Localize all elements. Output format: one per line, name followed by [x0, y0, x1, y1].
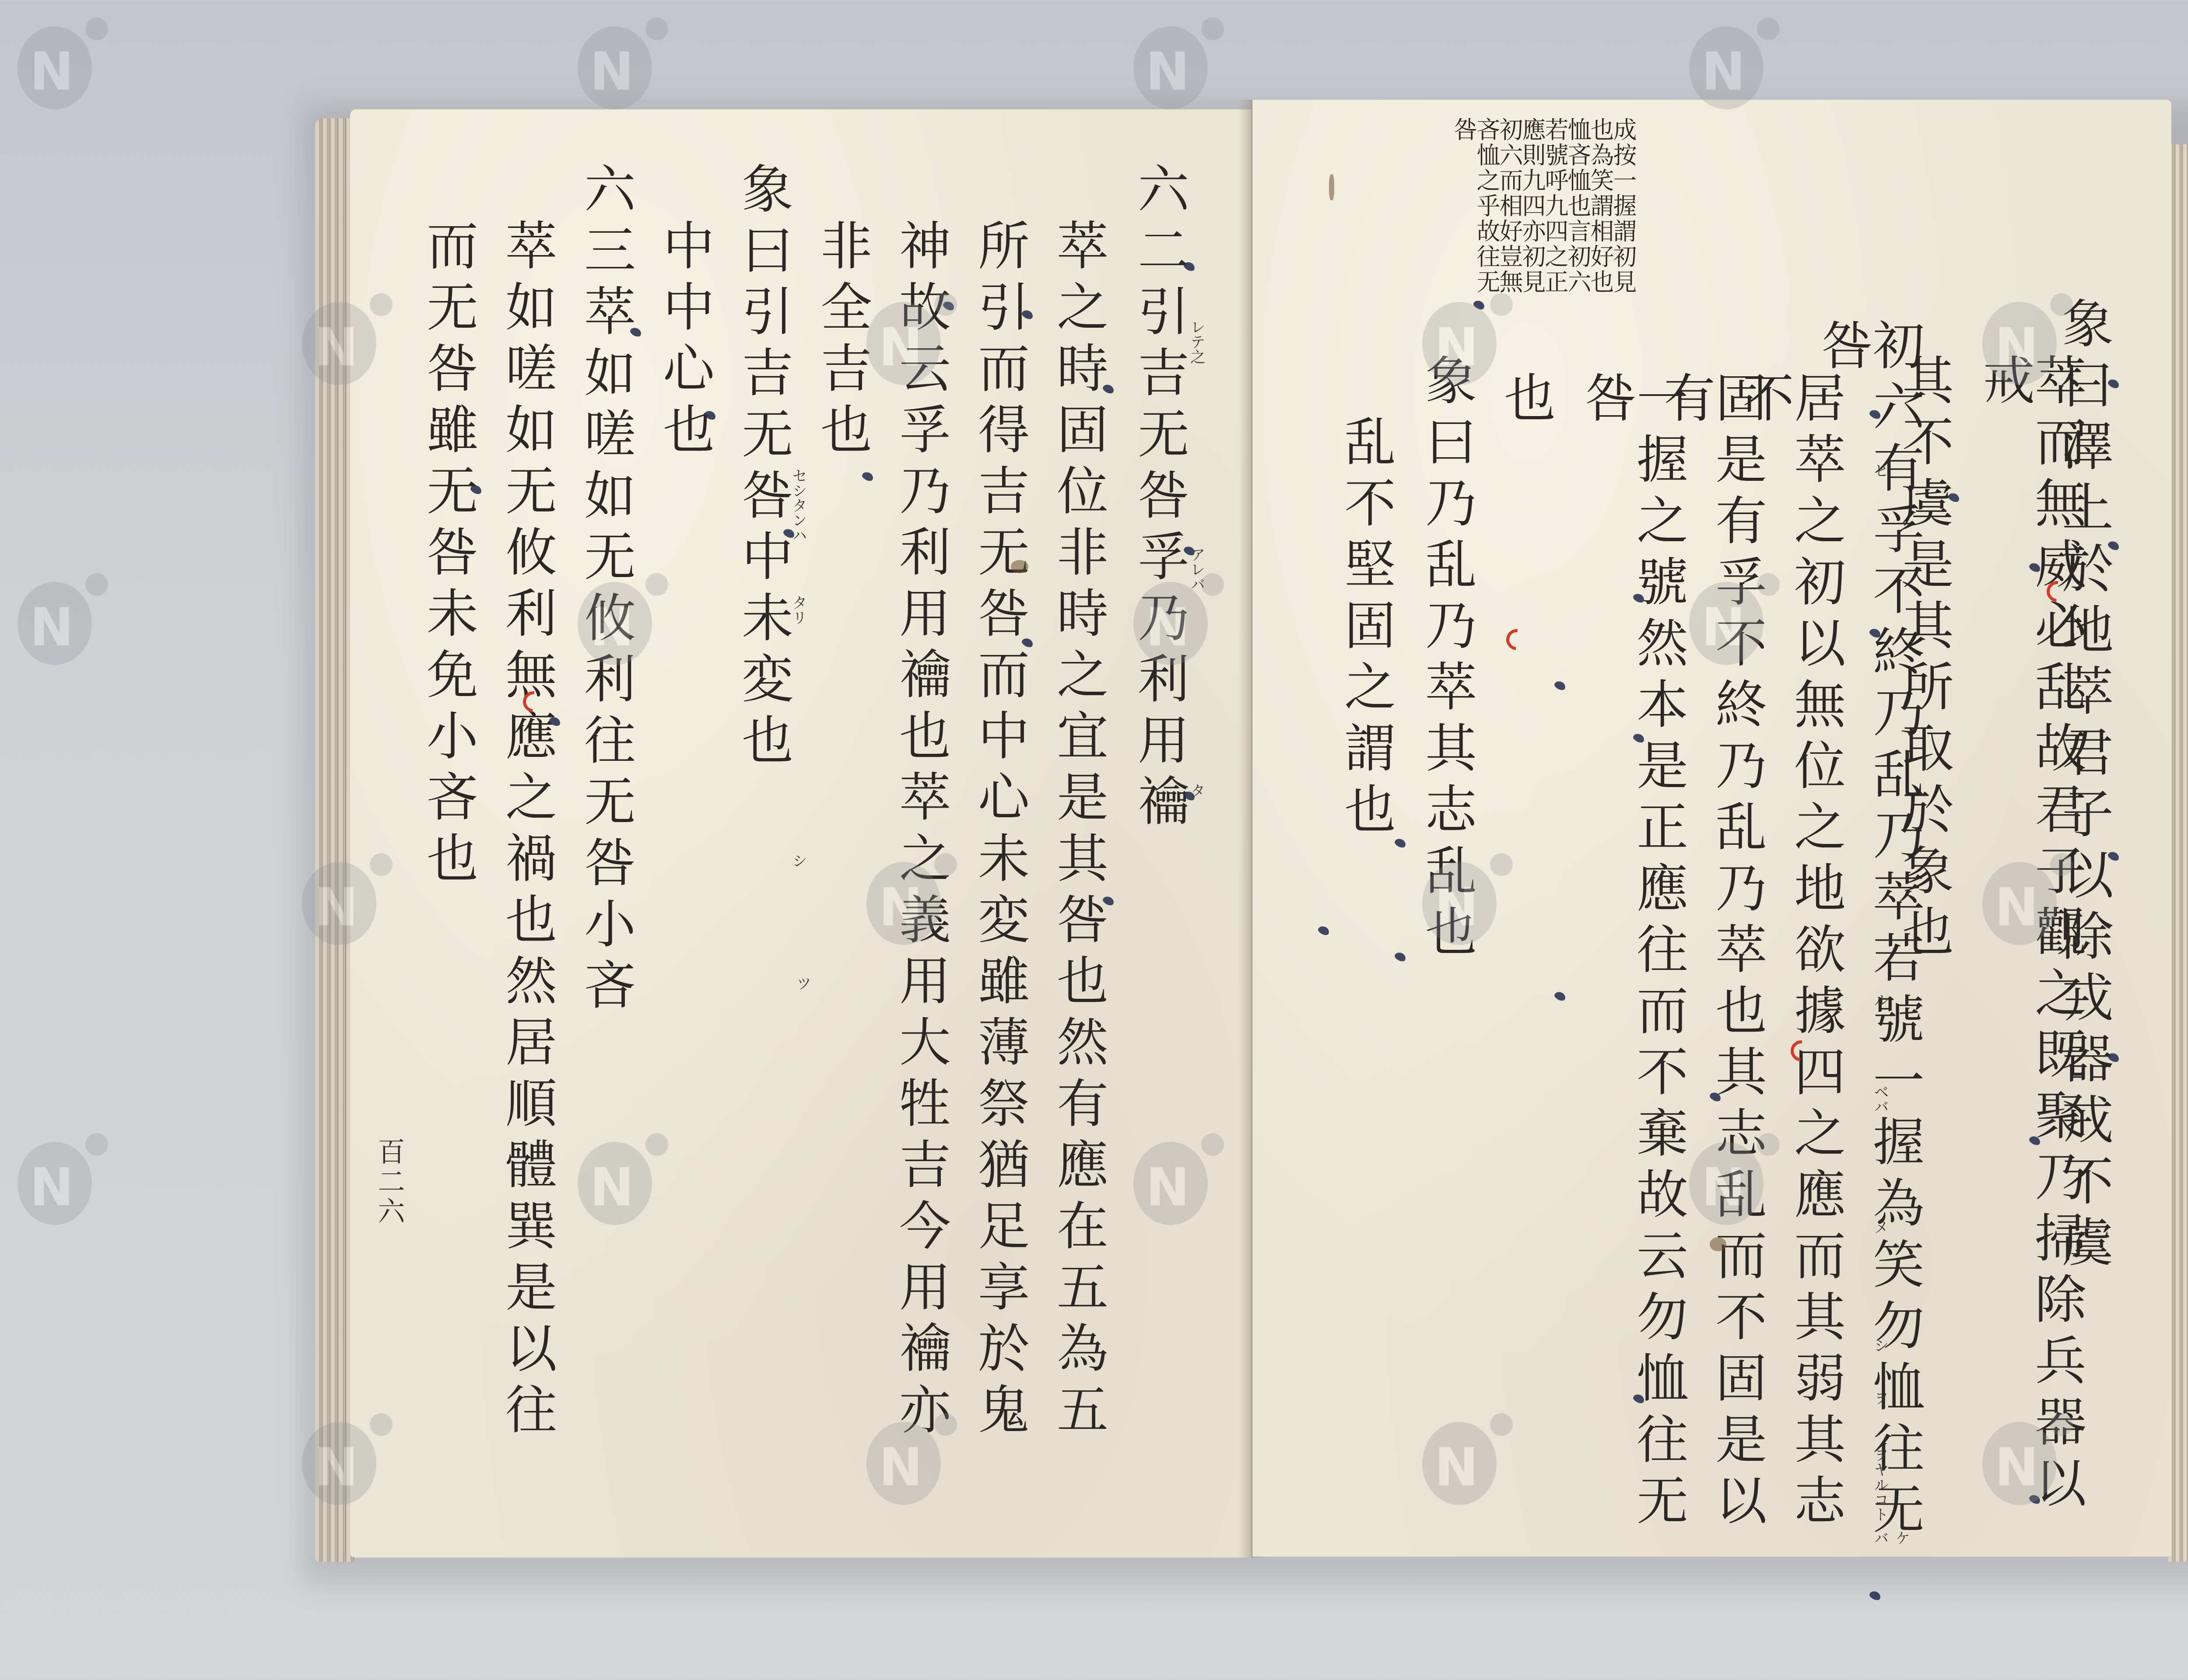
right-col-7: 一握之號然本是正應往而不棄故云勿恤往无咎 — [1581, 371, 1684, 1557]
left-col-1: 六二引吉无咎孚乃利用禴 — [1133, 162, 1185, 836]
watermark-logo: N — [1676, 9, 1781, 114]
right-col-2: 萃而無威必乱故君子觀之既聚乃掃除兵器以戒 — [1979, 353, 2082, 1557]
head-note-col-6: 初六而相好豈無 — [1497, 117, 1521, 295]
red-annotation-mark — [1502, 625, 1532, 654]
furigana-right-2: ル — [1869, 992, 1891, 1007]
left-col-3: 所引而得吉无咎而中心未変雖薄祭猶足享於鬼 — [974, 219, 1025, 1444]
page-number: 百二六 — [370, 1137, 409, 1227]
right-col-8: 也 — [1500, 371, 1551, 432]
furigana-right-6: ヲ — [1869, 1390, 1891, 1405]
furigana-left-7: ツ — [792, 976, 813, 990]
paper-stain — [1710, 1237, 1726, 1251]
left-col-4: 神故云孚乃利用禴也萃之義用大牲吉今用禴亦 — [895, 219, 947, 1444]
punctuation-mark — [1553, 679, 1567, 691]
left-col-6: 象曰引吉无咎中未変也 — [737, 162, 789, 774]
head-note-col-2: 也為笑謂相好也 — [1588, 117, 1612, 295]
left-page-stack — [315, 118, 354, 1562]
paper-stain — [1329, 174, 1334, 200]
left-col-2: 萃之時固位非時之宜是其咎也然有應在五為五 — [1052, 219, 1104, 1444]
right-col-10: 乱不堅固之謂也 — [1340, 415, 1392, 843]
right-page: 成按一握謂初見 也為笑謂相好也 恤吝恤也言初六 若號呼九四之正 應則九四亦初見 … — [1252, 100, 2171, 1557]
left-col-9: 萃如嗟如无攸利無應之禍也然居順體巽是以往 — [501, 219, 553, 1444]
furigana-right-4: メ — [1869, 1220, 1891, 1235]
furigana-right-7: ヲヤルコト — [1869, 1447, 1891, 1522]
head-note-col-8: 咎 — [1452, 117, 1476, 143]
left-col-10: 而无咎雖无咎未免小吝也 — [422, 219, 474, 892]
punctuation-mark — [1393, 951, 1407, 962]
punctuation-mark — [861, 470, 874, 482]
furigana-right-5: シ — [1869, 1338, 1891, 1353]
furigana-left-5: タリ — [788, 595, 809, 625]
head-note-col-3: 恤吝恤也言初六 — [1566, 117, 1589, 295]
punctuation-mark — [1868, 1589, 1882, 1601]
furigana-right-3: ベバ — [1869, 1084, 1891, 1114]
watermark-logo: N — [4, 564, 109, 669]
punctuation-mark — [1472, 299, 1486, 311]
watermark-logo: N — [1120, 9, 1225, 114]
punctuation-mark — [1317, 924, 1330, 936]
head-note-col-5: 應則九四亦初見 — [1520, 117, 1544, 295]
furigana-right-8: ケバ — [1869, 1530, 1912, 1557]
punctuation-mark — [1553, 990, 1567, 1002]
left-col-5: 非全吉也 — [816, 219, 868, 464]
left-col-7: 中中心也 — [659, 219, 710, 464]
watermark-logo: N — [4, 1124, 109, 1229]
furigana-left-1: レテ之 — [1186, 319, 1207, 364]
left-page: 六二引吉无咎孚乃利用禴 萃之時固位非時之宜是其咎也然有應在五為五 所引而得吉无咎… — [350, 109, 1252, 1557]
paper-stain — [1011, 560, 1028, 573]
furigana-right-1: ヒ — [1869, 463, 1891, 478]
furigana-left-6: シ — [788, 853, 809, 868]
head-note-col-7: 吝恤之乎故往无 — [1475, 117, 1498, 295]
head-note-col-1: 成按一握謂初見 — [1611, 117, 1635, 295]
head-note-col-4: 若號呼九四之正 — [1543, 117, 1567, 295]
watermark-logo: N — [4, 9, 109, 114]
right-col-9: 象曰乃乱乃萃其志乱也 — [1421, 353, 1473, 966]
left-col-8: 六三萃如嗟如无攸利往无咎小吝 — [580, 162, 631, 1019]
watermark-logo: N — [565, 9, 670, 114]
